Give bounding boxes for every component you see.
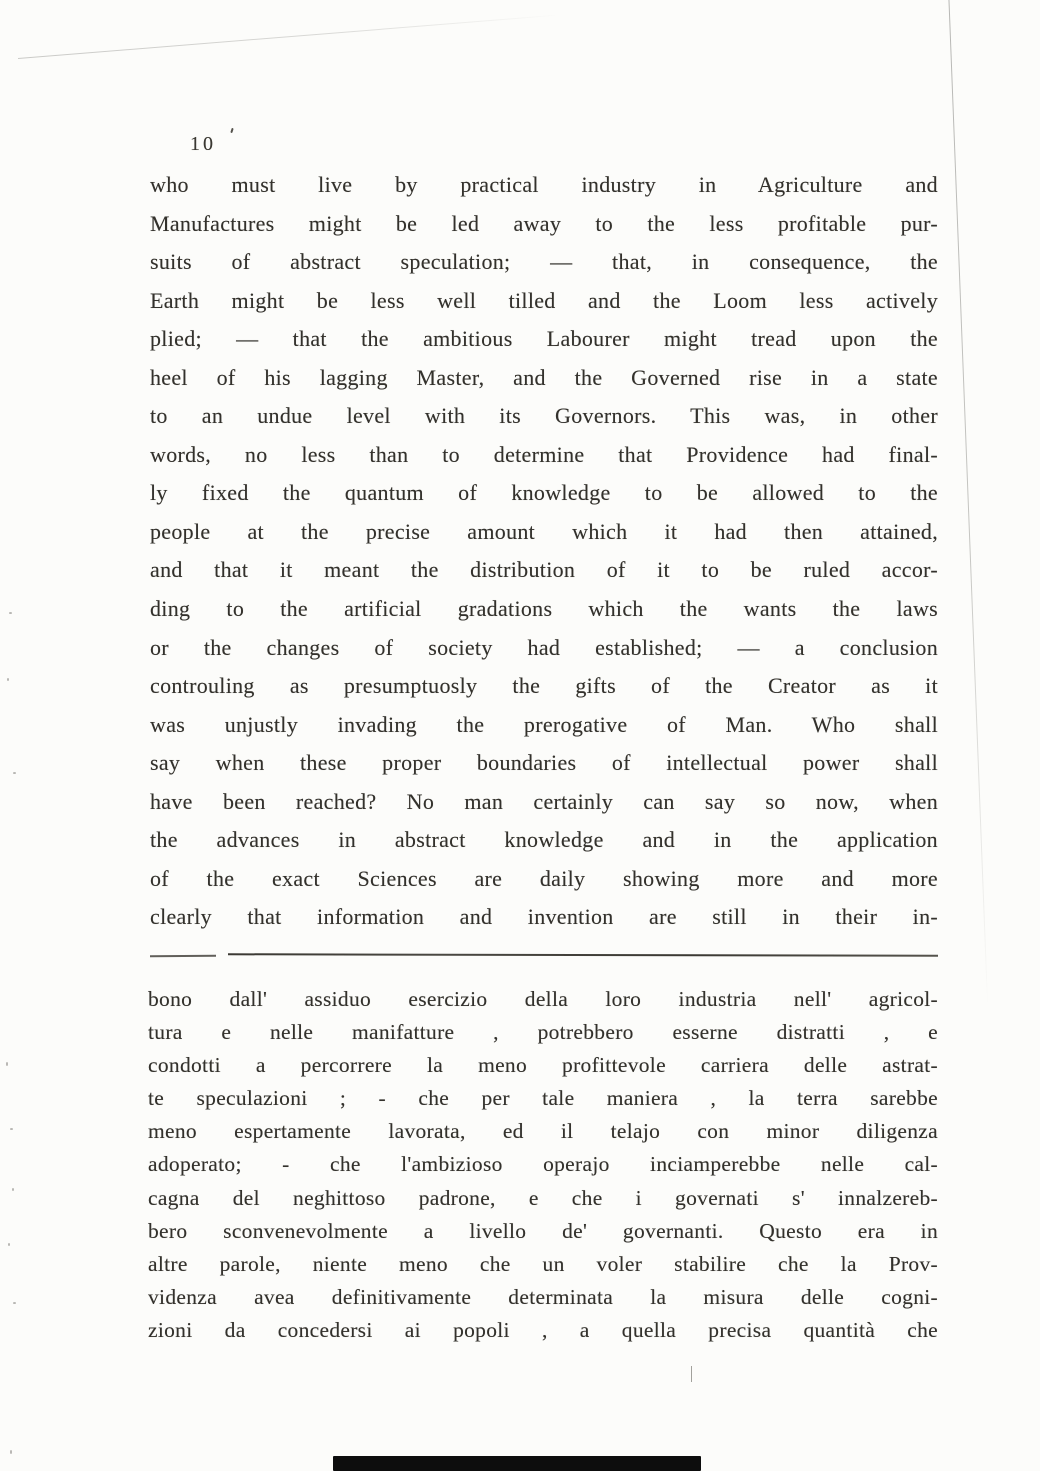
scanned-book-page: 10 who must live by practical industry i… — [0, 0, 1040, 1471]
scan-speck — [9, 612, 12, 614]
text-line: cagna del neghittoso padrone, e che i go… — [148, 1182, 938, 1215]
text-line: tura e nelle manifatture , potrebbero es… — [148, 1016, 938, 1049]
text-line: people at the precise amount which it ha… — [150, 513, 938, 552]
text-line: say when these proper boundaries of inte… — [150, 744, 938, 783]
text-line: the advances in abstract knowledge and i… — [150, 821, 938, 860]
scan-speck — [6, 1062, 8, 1066]
text-line: of the exact Sciences are daily showing … — [150, 860, 938, 899]
scan-edge-line-right — [948, 0, 988, 1007]
text-line: videnza avea definitivamente determinata… — [148, 1281, 938, 1314]
text-line: controuling as presumptuosly the gifts o… — [150, 667, 938, 706]
text-line: altre parole, niente meno che un voler s… — [148, 1248, 938, 1281]
scan-artifact-bar — [333, 1456, 701, 1471]
scan-speck — [13, 772, 16, 774]
text-line: or the changes of society had establishe… — [150, 629, 938, 668]
text-line: plied; — that the ambitious Labourer mig… — [150, 320, 938, 359]
text-line: te speculazioni ; - che per tale maniera… — [148, 1082, 938, 1115]
text-line: Manufactures might be led away to the le… — [150, 205, 938, 244]
main-text-block: who must live by practical industry in A… — [150, 166, 938, 937]
footnote-separator-dash — [150, 955, 216, 957]
text-line: bono dall' assiduo esercizio della loro … — [148, 983, 938, 1016]
scan-speck — [10, 1450, 12, 1454]
scan-speck — [7, 678, 9, 681]
ink-speck — [230, 128, 233, 133]
text-line: words, no less than to determine that Pr… — [150, 436, 938, 475]
text-line: condotti a percorrere la meno profittevo… — [148, 1049, 938, 1082]
text-line: to an undue level with its Governors. Th… — [150, 397, 938, 436]
text-line: have been reached? No man certainly can … — [150, 783, 938, 822]
scan-speck — [13, 1302, 16, 1304]
scan-speck — [10, 1128, 13, 1130]
footnote-text-block: bono dall' assiduo esercizio della loro … — [148, 983, 938, 1347]
scan-edge-line-top — [18, 14, 561, 59]
text-line: clearly that information and invention a… — [150, 898, 938, 937]
scan-speck — [8, 1243, 10, 1246]
text-line: and that it meant the distribution of it… — [150, 551, 938, 590]
footnote-separator-rule — [228, 953, 938, 956]
text-line: ding to the artificial gradations which … — [150, 590, 938, 629]
text-line: zioni da concedersi ai popoli , a quella… — [148, 1314, 938, 1347]
text-line: suits of abstract speculation; — that, i… — [150, 243, 938, 282]
text-line: who must live by practical industry in A… — [150, 166, 938, 205]
scan-speck — [12, 1188, 14, 1191]
text-line: adoperato; - che l'ambizioso operajo inc… — [148, 1148, 938, 1181]
text-line: bero sconvenevolmente a livello de' gove… — [148, 1215, 938, 1248]
page-number: 10 — [190, 133, 216, 156]
scan-tick-mark — [691, 1366, 692, 1382]
text-line: heel of his lagging Master, and the Gove… — [150, 359, 938, 398]
text-line: was unjustly invading the prerogative of… — [150, 706, 938, 745]
text-line: Earth might be less well tilled and the … — [150, 282, 938, 321]
text-line: meno espertamente lavorata, ed il telajo… — [148, 1115, 938, 1148]
text-line: ly fixed the quantum of knowledge to be … — [150, 474, 938, 513]
